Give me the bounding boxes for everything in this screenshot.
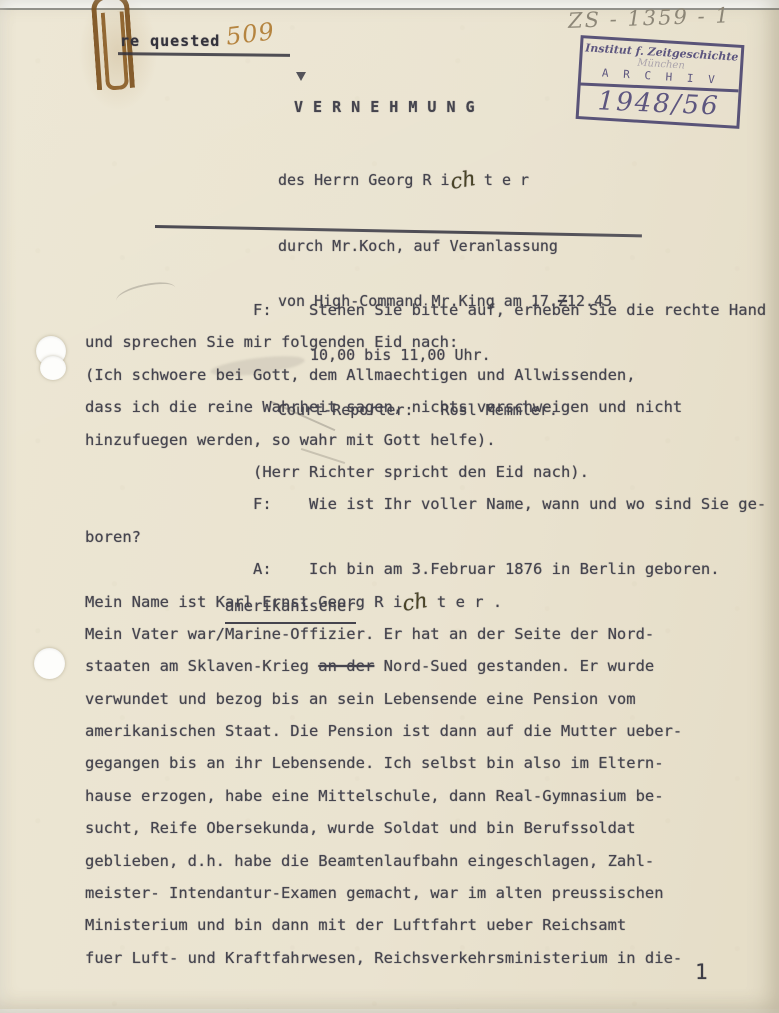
body-line: A: Ich bin am 3.Februar 1876 in Berlin g… <box>85 553 779 585</box>
body-line: boren? <box>85 521 779 553</box>
body-line: sucht, Reife Obersekunda, wurde Soldat u… <box>85 812 779 844</box>
body-line: F: Stehen Sie bitte auf, erheben Sie die… <box>85 294 779 326</box>
typed-text: geblieben, d.h. habe die Beamtenlaufbahn… <box>85 852 654 870</box>
punch-hole <box>40 356 66 380</box>
body-line: geblieben, d.h. habe die Beamtenlaufbahn… <box>85 845 779 877</box>
body-line: verwundet und bezog bis an sein Lebensen… <box>85 683 779 715</box>
typed-text: Mein Vater war/ <box>85 625 225 643</box>
body-line: gegangen bis an ihr Lebensende. Ich selb… <box>85 747 779 779</box>
handwritten-correction: ch <box>403 599 428 603</box>
typed-text: verwundet und bezog bis an sein Lebensen… <box>85 690 636 708</box>
conducted-by-line: durch Mr.Koch, auf Veranlassung <box>278 237 612 256</box>
body-line: staaten am Sklaven-Krieg an der Nord-Sue… <box>85 650 779 682</box>
punch-hole <box>34 648 65 679</box>
typed-text: staaten am Sklaven-Krieg <box>85 657 318 675</box>
typed-text: Marine-Offizier. Er hat an der Seite der… <box>225 625 654 643</box>
inserted-word: amerikanischer <box>225 590 356 624</box>
scanned-document-page: re quested 509 ZS - 1359 - 1 Institut f.… <box>0 0 779 1013</box>
requested-label: re quested <box>120 32 220 50</box>
body-line: Ministerium und bin dann mit der Luftfah… <box>85 909 779 941</box>
body-line: amerikanischen Staat. Die Pension ist da… <box>85 715 779 747</box>
typed-text: F: Stehen Sie bitte auf, erheben Sie die… <box>253 301 766 319</box>
body-line: dass ich die reine Wahrheit sagen, nicht… <box>85 391 779 423</box>
typed-text: t e r . <box>428 593 503 611</box>
body-line: hause erzogen, habe eine Mittelschule, d… <box>85 780 779 812</box>
typed-text: A: Ich bin am 3.Februar 1876 in Berlin g… <box>253 560 720 578</box>
body-line: F: Wie ist Ihr voller Name, wann und wo … <box>85 488 779 520</box>
typed-text: fuer Luft- und Kraftfahrwesen, Reichsver… <box>85 949 682 967</box>
typed-text: boren? <box>85 528 141 546</box>
typed-text: und sprechen Sie mir folgenden Eid nach: <box>85 333 458 351</box>
typed-text: hinzufuegen werden, so wahr mit Gott hel… <box>85 431 496 449</box>
struck-text: an der <box>318 657 374 675</box>
typed-text: dass ich die reine Wahrheit sagen, nicht… <box>85 398 682 416</box>
typed-text: amerikanischen Staat. Die Pension ist da… <box>85 722 682 740</box>
document-body: F: Stehen Sie bitte auf, erheben Sie die… <box>85 294 779 974</box>
typed-text: gegangen bis an ihr Lebensende. Ich selb… <box>85 754 664 772</box>
typed-text: sucht, Reife Obersekunda, wurde Soldat u… <box>85 819 636 837</box>
typed-text: meister- Intendantur-Examen gemacht, war… <box>85 884 664 902</box>
body-line: fuer Luft- und Kraftfahrwesen, Reichsver… <box>85 942 779 974</box>
body-line: Mein Vater war/amerikanischerMarine-Offi… <box>85 618 779 650</box>
typed-text: hause erzogen, habe eine Mittelschule, d… <box>85 787 664 805</box>
scanner-edge-bottom <box>0 1009 779 1013</box>
body-line: (Ich schwoere bei Gott, dem Allmaechtige… <box>85 359 779 391</box>
handwritten-number: 509 <box>224 17 276 51</box>
page-number: 1 <box>695 960 708 984</box>
typed-text: des Herrn Georg R i <box>278 171 450 189</box>
typed-text: Ministerium und bin dann mit der Luftfah… <box>85 916 626 934</box>
body-line: meister- Intendantur-Examen gemacht, war… <box>85 877 779 909</box>
typed-text: Nord-Sued gestanden. Er wurde <box>374 657 654 675</box>
archive-reference-handwritten: ZS - 1359 - 1 <box>568 3 731 33</box>
typed-text: (Herr Richter spricht den Eid nach). <box>253 463 589 481</box>
body-line: (Herr Richter spricht den Eid nach). <box>85 456 779 488</box>
body-line: und sprechen Sie mir folgenden Eid nach: <box>85 326 779 358</box>
body-line: hinzufuegen werden, so wahr mit Gott hel… <box>85 424 779 456</box>
document-title: V E R N E H M U N G <box>294 98 612 116</box>
subject-line: des Herrn Georg R ich t e r <box>278 171 612 189</box>
typed-text: (Ich schwoere bei Gott, dem Allmaechtige… <box>85 366 636 384</box>
handwritten-correction: ch <box>450 178 475 182</box>
body-line: Mein Name ist Karl Ernst Georg R ich t e… <box>85 586 779 618</box>
typed-text: t e r <box>475 171 529 189</box>
typed-text: F: Wie ist Ihr voller Name, wann und wo … <box>253 495 766 513</box>
